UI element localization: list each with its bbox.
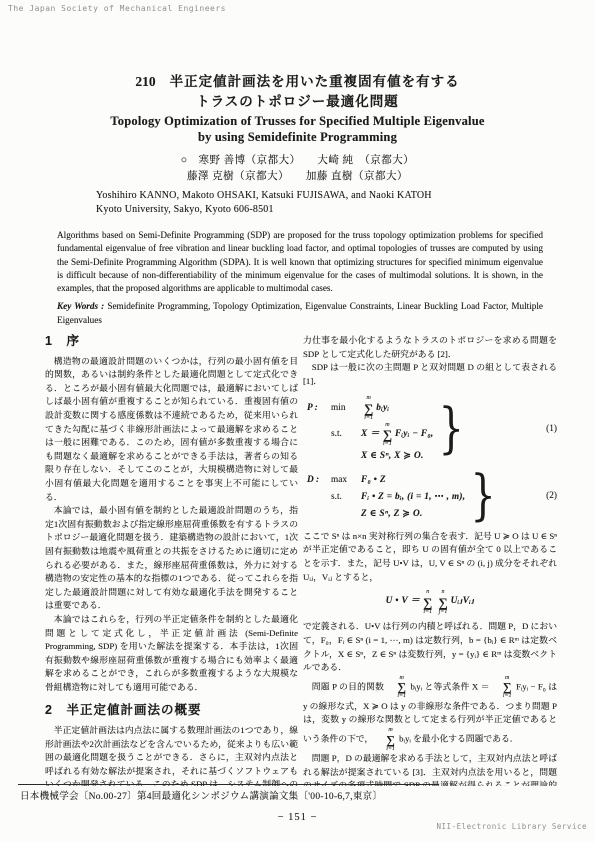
affiliation: Kyoto University, Sakyo, Kyoto 606-8501 — [96, 204, 274, 215]
section-2-heading: 2 半正定値計画法の概要 — [45, 703, 298, 719]
keywords-label: Key Words : — [57, 301, 104, 311]
equality-rhs: Fᵢyᵢ − F₀, — [395, 430, 434, 439]
inner-product-definition: U • V ＝ n ∑ i=1 n ∑ j=1 UᵢⱼVᵢⱼ — [303, 589, 557, 615]
keywords-text: Semidefinite Programming, Topology Optim… — [57, 301, 543, 324]
scanned-paper-page: The Japan Society of Mechanical Engineer… — [0, 0, 595, 842]
equation-1-primal-problem: P : min m ∑ i=1 bᵢyᵢ s.t. X ＝ m ∑ — [307, 395, 557, 464]
semidefinite-condition: X ∈ Sⁿ, X ≽ O. — [361, 452, 424, 461]
sum-symbol: m ∑ i=1 — [494, 675, 512, 700]
notation-paragraph: ここで Sⁿ は n×n 実対称行列の集合を表す．記号 U ≽ O は U ∈ … — [303, 530, 557, 584]
dual-label: D : — [307, 476, 331, 485]
sdp-overview-paragraph: 半正定値計画法は内点法に属する数理計画法の1つであり，線形計画法や2次計画法など… — [45, 724, 298, 786]
min-operator: min — [331, 404, 361, 413]
objective-term: bᵢyᵢ — [376, 404, 389, 413]
library-header-label: The Japan Society of Mechanical Engineer… — [8, 4, 226, 13]
keywords-line: Key Words : Semidefinite Programming, To… — [57, 300, 543, 327]
paper-title-en-line1: Topology Optimization of Trusses for Spe… — [0, 114, 595, 129]
right-brace: } — [439, 421, 464, 439]
equation-number-2: (2) — [546, 490, 557, 504]
sdp-primal-dual-paragraph: SDP は一般に次の主問題 P と双対問題 D の組として表される [1]． — [303, 361, 557, 388]
subject-to-label: s.t. — [331, 493, 361, 502]
dual-objective: F₀ • Z — [361, 476, 386, 485]
intro-paragraph-1: 構造物の最適設計問題のいくつかは，行列の最小固有値を目的関数，あるいは制約条件と… — [45, 355, 298, 505]
abstract-block: Algorithms based on Semi-Definite Progra… — [57, 229, 543, 327]
sum-symbol: m ∑ i=1 — [377, 727, 395, 752]
sum-symbol: m ∑ i=1 — [364, 395, 373, 421]
section-1-heading: 1 序 — [45, 334, 298, 350]
nii-library-service-label: NII-Electronic Library Service — [437, 822, 587, 831]
definition-paragraph: で定義される．U•V は行列の内積と呼ばれる．問題 P，D において，F₀，Fᵢ… — [303, 620, 557, 674]
sum-symbol: m ∑ i=1 — [389, 675, 407, 700]
dual-semidefinite-condition: Z ∈ Sⁿ, Z ≽ O. — [361, 510, 423, 519]
paper-title-en-line2: by using Semidefinite Programming — [0, 130, 595, 145]
equality-lhs: X ＝ — [361, 430, 380, 439]
problem-structure-paragraph: 問題 P の目的関数 m ∑ i=1 bᵢyᵢ と等式条件 X ＝ m ∑ i=… — [303, 675, 557, 753]
authors-jp-line1: ○ 寒野 善博（京都大） 大崎 純 （京都大） — [0, 152, 595, 167]
max-operator: max — [331, 476, 361, 485]
primal-label: P : — [307, 404, 331, 413]
paper-title-jp-line1: 210半正定値計画法を用いた重複固有値を有する — [0, 70, 595, 90]
authors-en: Yoshihiro KANNO, Makoto OHSAKI, Katsuki … — [96, 190, 432, 201]
paper-title-jp-line2: トラスのトポロジー最適化問題 — [0, 90, 595, 110]
dual-equality: Fᵢ • Z = bᵢ, (i = 1, ⋯ , m), — [361, 493, 465, 502]
sum-symbol: n ∑ i=1 — [423, 589, 432, 615]
subject-to-label: s.t. — [331, 430, 361, 439]
equation-2-dual-problem: D : max F₀ • Z s.t. Fᵢ • Z = bᵢ, (i = 1,… — [307, 472, 557, 523]
right-brace: } — [470, 488, 495, 506]
interior-point-paragraph: 問題 P，D の最適解を求める手法として，主双対内点法と呼ばれる解法が提案されて… — [303, 752, 557, 786]
right-column: 力仕事を最小化するようなトラスのトポロジーを求める問題を SDP として定式化し… — [303, 334, 557, 786]
abstract-text: Algorithms based on Semi-Definite Progra… — [57, 229, 543, 295]
paper-number: 210 — [135, 74, 155, 89]
sum-symbol: n ∑ j=1 — [438, 589, 447, 615]
left-column: 1 序 構造物の最適設計問題のいくつかは，行列の最小固有値を目的関数，あるいは制… — [45, 334, 298, 786]
footnote-rule — [18, 784, 439, 785]
title-jp-text1: 半正定値計画法を用いた重複固有値を有する — [170, 74, 460, 89]
equation-number-1: (1) — [546, 423, 557, 437]
authors-jp-line2: 藤澤 克樹（京都大） 加藤 直樹（京都大） — [0, 168, 595, 183]
intro-paragraph-3: 本論ではこれらを，行列の半正定値条件を制約とした最適化問題として定式化し，半正定… — [45, 613, 298, 695]
continuation-paragraph: 力仕事を最小化するようなトラスのトポロジーを求める問題を SDP として定式化し… — [303, 334, 557, 361]
proceedings-citation: 日本機械学会〔No.00-27〕第4回最適化シンポジウム講演論文集〔'00-10… — [20, 788, 382, 802]
sum-symbol: m ∑ i=1 — [383, 422, 392, 448]
intro-paragraph-2: 本論では，最小固有値を制約とした最適設計問題のうち，指定1次固有振動数および指定… — [45, 504, 298, 613]
